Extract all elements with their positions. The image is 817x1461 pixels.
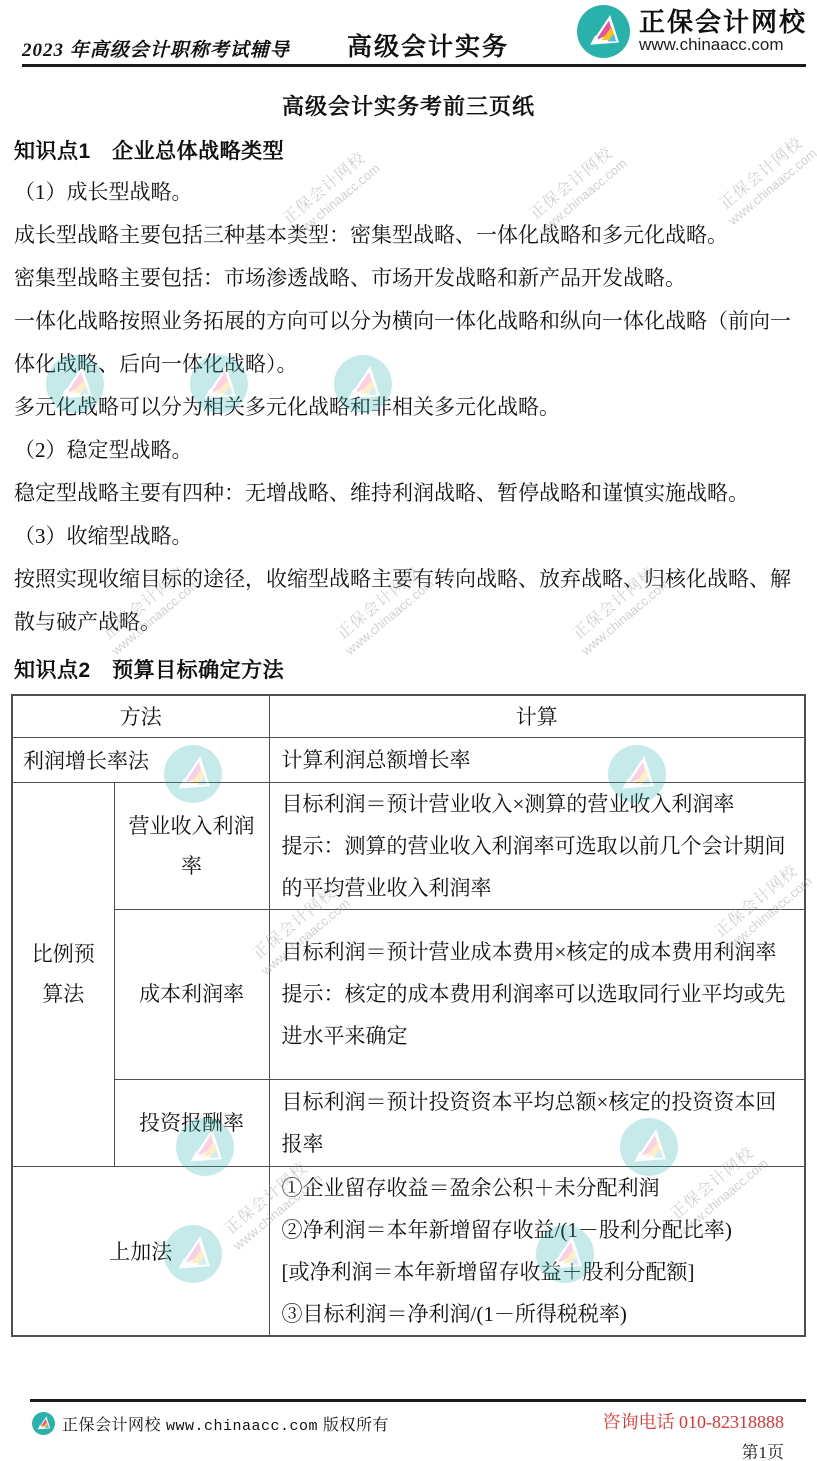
paragraph: 按照实现收缩目标的途径，收缩型战略主要有转向战略、放弃战略、归核化战略、解散与破… <box>14 558 806 644</box>
paragraph: 密集型战略主要包括：市场渗透战略、市场开发战略和新产品开发战略。 <box>14 257 806 300</box>
sub-method-cell: 投资报酬率 <box>114 1079 269 1166</box>
footer-copyright: 正保会计网校 www.chinaacc.com 版权所有 <box>32 1412 389 1435</box>
page-number: 第1页 <box>603 1438 807 1461</box>
calc-cell: 目标利润＝预计营业收入×测算的营业收入利润率 提示：测算的营业收入利润率可选取以… <box>269 782 805 909</box>
table-row: 成本利润率 目标利润＝预计营业成本费用×核定的成本费用利润率 提示：核定的成本费… <box>12 909 805 1079</box>
table-row: 比例预算法 营业收入利润率 目标利润＝预计营业收入×测算的营业收入利润率 提示：… <box>12 782 805 909</box>
calc-cell: 目标利润＝预计投资资本平均总额×核定的投资资本回报率 <box>269 1079 805 1166</box>
calc-line: 提示：核定的成本费用利润率可以选取同行业平均或先进水平来确定 <box>282 973 797 1057</box>
calc-line: ③目标利润＝净利润/(1－所得税税率) <box>282 1293 797 1335</box>
method-cell: 利润增长率法 <box>12 737 269 782</box>
budget-method-table: 方法 计算 利润增长率法 计算利润总额增长率 比例预算法 营业收入利润率 目标利… <box>11 694 806 1337</box>
header-divider <box>22 64 806 67</box>
calc-cell: 目标利润＝预计营业成本费用×核定的成本费用利润率 提示：核定的成本费用利润率可以… <box>269 909 805 1079</box>
consult-phone: 咨询电话 010-82318888 <box>603 1408 807 1434</box>
brand-url: www.chinaacc.com <box>639 36 807 54</box>
knowledge-point-2-heading: 知识点2 预算目标确定方法 <box>14 654 806 684</box>
calc-line: ①企业留存收益＝盈余公积＋未分配利润 <box>282 1167 797 1209</box>
calc-line: [或净利润＝本年新增留存收益＋股利分配额] <box>282 1251 797 1293</box>
paragraph: 多元化战略可以分为相关多元化战略和非相关多元化战略。 <box>14 386 806 429</box>
page-header: 2023 年高级会计职称考试辅导 高级会计实务 正保会计网校 www.china… <box>0 0 817 70</box>
page-footer: 正保会计网校 www.chinaacc.com 版权所有 咨询电话 010-82… <box>30 1399 806 1402</box>
paragraph: （1）成长型战略。 <box>14 171 806 214</box>
paragraph: 稳定型战略主要有四种：无增战略、维持利润战略、暂停战略和谨慎实施战略。 <box>14 472 806 515</box>
chinaacc-logo-icon <box>577 5 630 58</box>
paragraph: 一体化战略按照业务拓展的方向可以分为横向一体化战略和纵向一体化战略（前向一体化战… <box>14 300 806 386</box>
header-subject-title: 高级会计实务 <box>347 27 509 63</box>
paragraph: 成长型战略主要包括三种基本类型：密集型战略、一体化战略和多元化战略。 <box>14 214 806 257</box>
method-group-cell: 比例预算法 <box>12 782 114 1166</box>
document-body: 高级会计实务考前三页纸 知识点1 企业总体战略类型 （1）成长型战略。 成长型战… <box>11 90 806 1337</box>
calc-line: 目标利润＝预计营业成本费用×核定的成本费用利润率 <box>282 931 797 973</box>
header-course-title: 2023 年高级会计职称考试辅导 <box>22 35 290 62</box>
table-row: 利润增长率法 计算利润总额增长率 <box>12 737 805 782</box>
chinaacc-logo-icon <box>32 1412 55 1435</box>
paragraph: （2）稳定型战略。 <box>14 429 806 472</box>
footer-brand: 正保会计网校 <box>62 1417 161 1434</box>
column-header-method: 方法 <box>12 695 269 737</box>
method-cell: 上加法 <box>12 1166 269 1336</box>
knowledge-point-1-heading: 知识点1 企业总体战略类型 <box>14 135 806 165</box>
calc-line: ②净利润＝本年新增留存收益/(1－股利分配比率) <box>282 1209 797 1251</box>
table-header-row: 方法 计算 <box>12 695 805 737</box>
paragraph: （3）收缩型战略。 <box>14 515 806 558</box>
brand-logo: 正保会计网校 www.chinaacc.com <box>577 5 807 58</box>
sub-method-cell: 成本利润率 <box>114 909 269 1079</box>
sub-method-cell: 营业收入利润率 <box>114 782 269 909</box>
column-header-calc: 计算 <box>269 695 805 737</box>
document-title: 高级会计实务考前三页纸 <box>11 90 806 121</box>
calc-cell: 计算利润总额增长率 <box>269 737 805 782</box>
brand-name: 正保会计网校 <box>639 9 807 36</box>
calc-cell: ①企业留存收益＝盈余公积＋未分配利润 ②净利润＝本年新增留存收益/(1－股利分配… <box>269 1166 805 1336</box>
document-page: 2023 年高级会计职称考试辅导 高级会计实务 正保会计网校 www.china… <box>0 0 817 1461</box>
calc-line: 提示：测算的营业收入利润率可选取以前几个会计期间的平均营业收入利润率 <box>282 825 797 909</box>
table-row: 上加法 ①企业留存收益＝盈余公积＋未分配利润 ②净利润＝本年新增留存收益/(1－… <box>12 1166 805 1336</box>
footer-url: www.chinaacc.com <box>166 1418 318 1435</box>
table-row: 投资报酬率 目标利润＝预计投资资本平均总额×核定的投资资本回报率 <box>12 1079 805 1166</box>
calc-line: 目标利润＝预计营业收入×测算的营业收入利润率 <box>282 783 797 825</box>
footer-rights: 版权所有 <box>323 1417 389 1434</box>
